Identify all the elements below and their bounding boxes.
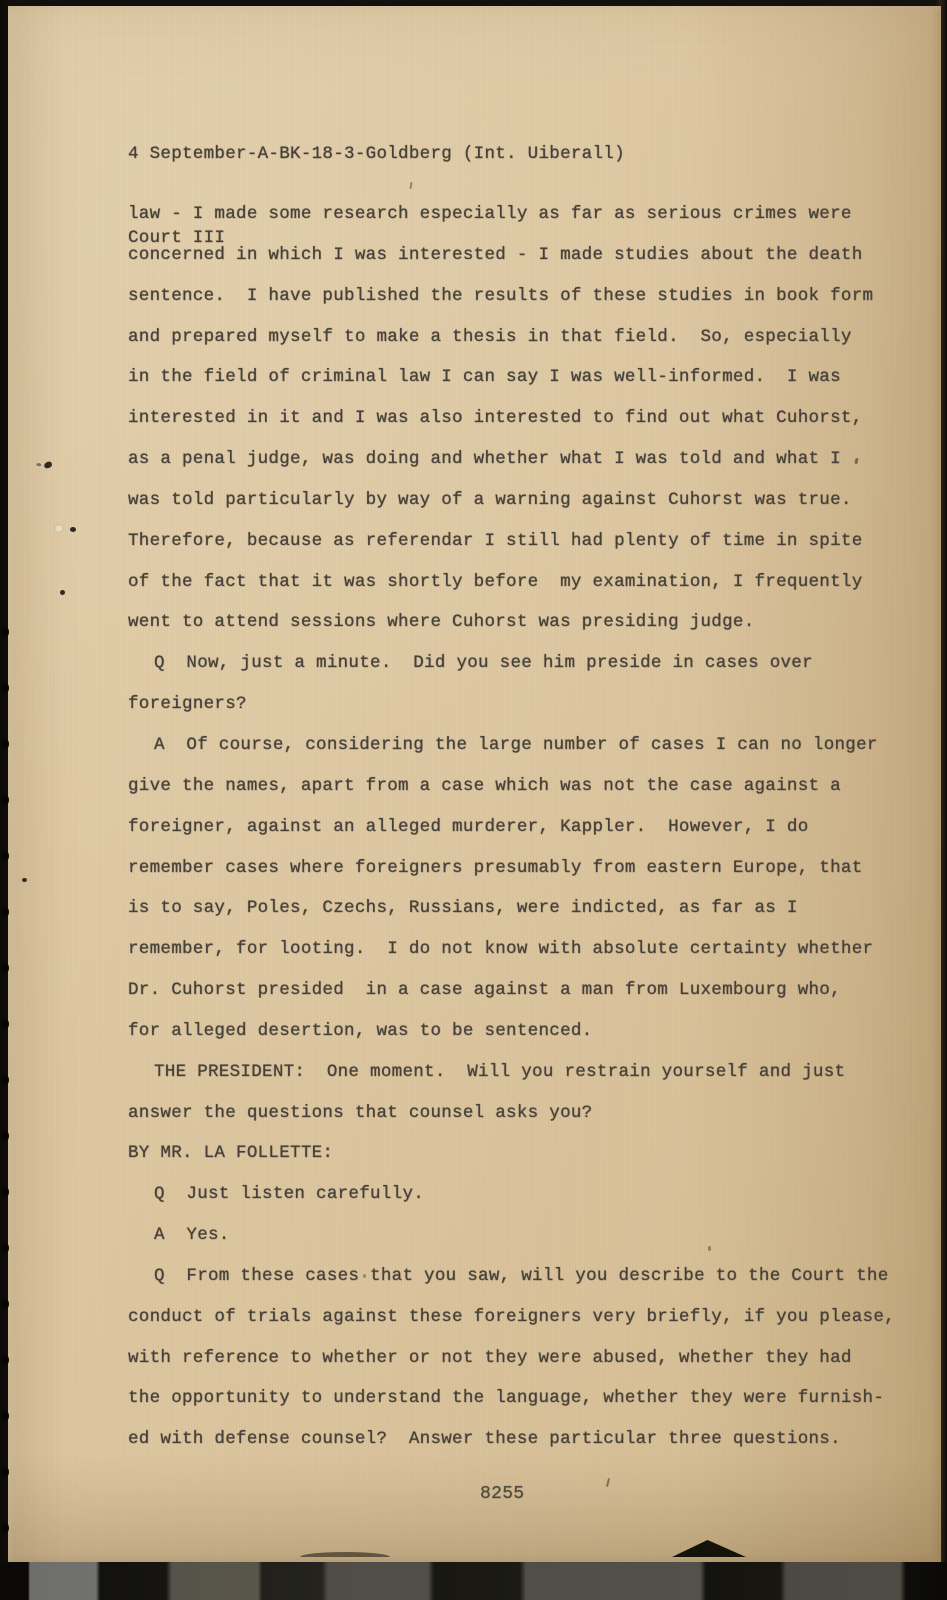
transcript-line: remember, for looting. I do not know wit… bbox=[128, 929, 895, 970]
transcript-line: give the names, apart from a case which … bbox=[128, 766, 895, 807]
transcript-line: BY MR. LA FOLLETTE: bbox=[128, 1133, 895, 1174]
transcript-line: A Of course, considering the large numbe… bbox=[128, 725, 895, 766]
scanned-transcript-page: 4 September-A-BK-18-3-Goldberg (Int. Uib… bbox=[0, 0, 947, 1600]
header-case-line: 4 September-A-BK-18-3-Goldberg (Int. Uib… bbox=[128, 140, 625, 168]
transcript-line: foreigners? bbox=[128, 684, 895, 725]
transcript-line: in the field of criminal law I can say I… bbox=[128, 357, 895, 398]
ink-speck bbox=[708, 1246, 711, 1251]
ink-speck bbox=[22, 878, 27, 882]
ink-speck bbox=[70, 527, 76, 532]
transcript-line: answer the questions that counsel asks y… bbox=[128, 1093, 895, 1134]
transcript-line: and prepared myself to make a thesis in … bbox=[128, 317, 895, 358]
transcript-line: is to say, Poles, Czechs, Russians, were… bbox=[128, 888, 895, 929]
transcript-line: A Yes. bbox=[128, 1215, 895, 1256]
document-page: 4 September-A-BK-18-3-Goldberg (Int. Uib… bbox=[8, 6, 941, 1562]
transcript-line: went to attend sessions where Cuhorst wa… bbox=[128, 602, 895, 643]
transcript-line: the opportunity to understand the langua… bbox=[128, 1378, 895, 1419]
transcript-line: law - I made some research especially as… bbox=[128, 194, 895, 235]
page-number: 8255 bbox=[480, 1484, 524, 1504]
transcript-line: of the fact that it was shortly before m… bbox=[128, 562, 895, 603]
transcript-line: interested in it and I was also interest… bbox=[128, 398, 895, 439]
ink-speck bbox=[606, 1478, 610, 1487]
transcript-line: sentence. I have published the results o… bbox=[128, 276, 895, 317]
transcript-line: for alleged desertion, was to be sentenc… bbox=[128, 1011, 895, 1052]
transcript-line: conduct of trials against these foreigne… bbox=[128, 1297, 895, 1338]
transcript-line: remember cases where foreigners presumab… bbox=[128, 848, 895, 889]
transcript-line: Q From these cases that you saw, will yo… bbox=[128, 1256, 895, 1297]
transcript-line: was told particularly by way of a warnin… bbox=[128, 480, 895, 521]
ink-speck bbox=[43, 461, 53, 469]
transcript-line: THE PRESIDENT: One moment. Will you rest… bbox=[128, 1052, 895, 1093]
transcript-line: ed with defense counsel? Answer these pa… bbox=[128, 1419, 895, 1460]
transcript-line: concerned in which I was interested - I … bbox=[128, 235, 895, 276]
ink-speck bbox=[60, 590, 65, 595]
transcript-line: Therefore, because as referendar I still… bbox=[128, 521, 895, 562]
transcript-line: Q Just listen carefully. bbox=[128, 1174, 895, 1215]
bottom-edge-shadow bbox=[300, 1552, 390, 1557]
scan-background-bottom bbox=[0, 1562, 947, 1600]
transcript-body: law - I made some research especially as… bbox=[128, 194, 895, 1460]
transcript-line: Dr. Cuhorst presided in a case against a… bbox=[128, 970, 895, 1011]
transcript-line: with reference to whether or not they we… bbox=[128, 1338, 895, 1379]
ink-speck bbox=[363, 1274, 366, 1278]
transcript-line: Q Now, just a minute. Did you see him pr… bbox=[128, 643, 895, 684]
transcript-line: as a penal judge, was doing and whether … bbox=[128, 439, 895, 480]
transcript-line: foreigner, against an alleged murderer, … bbox=[128, 807, 895, 848]
